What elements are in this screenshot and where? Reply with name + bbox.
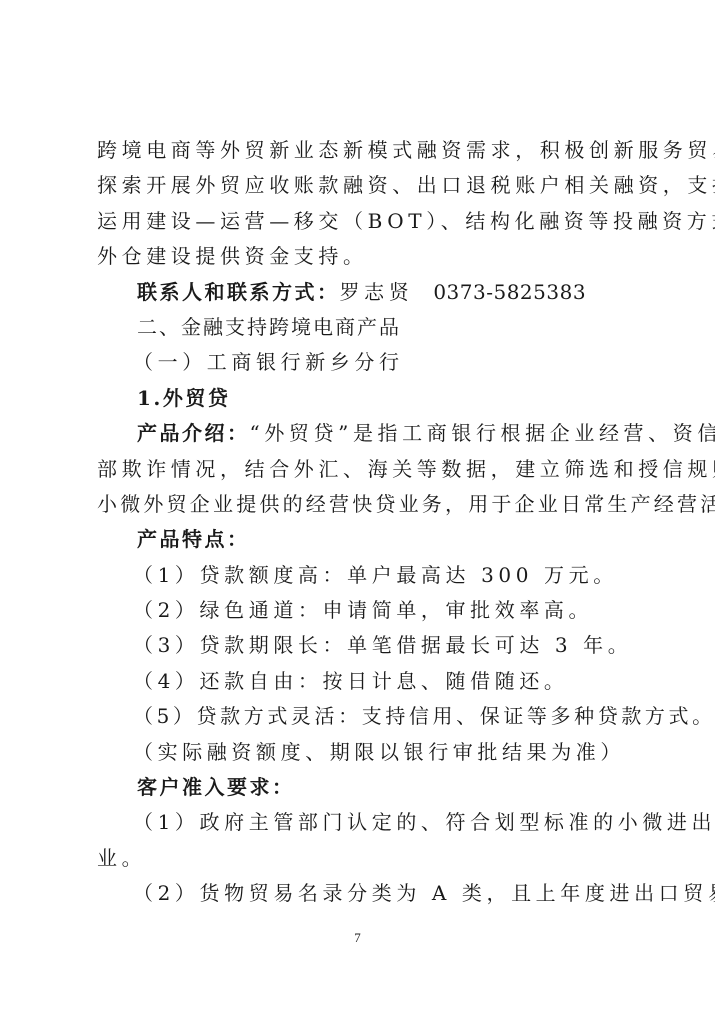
feature-item: （3）贷款期限长：单笔借据最长可达 3 年。: [97, 628, 625, 663]
product-intro-text: “外贸贷”是指工商银行根据企业经营、资信、外: [250, 421, 715, 445]
product-title: 1.外贸贷: [97, 381, 625, 416]
contact-name: 罗志贤: [340, 280, 414, 304]
requirements-label: 客户准入要求：: [97, 770, 625, 805]
feature-item: （1）贷款额度高：单户最高达 300 万元。: [97, 558, 625, 593]
document-page: 跨境电商等外贸新业态新模式融资需求，积极创新服务贸易融资， 探索开展外贸应收账款…: [97, 133, 625, 912]
page-number: 7: [0, 930, 715, 946]
features-note: （实际融资额度、期限以银行审批结果为准）: [97, 735, 625, 770]
product-intro-line: 产品介绍：“外贸贷”是指工商银行根据企业经营、资信、外: [97, 416, 625, 451]
contact-label: 联系人和联系方式：: [137, 280, 340, 304]
paragraph-line: 小微外贸企业提供的经营快贷业务，用于企业日常生产经营活动。: [97, 487, 625, 522]
features-label: 产品特点：: [97, 522, 625, 557]
paragraph-line: 部欺诈情况，结合外汇、海关等数据，建立筛选和授信规则，为: [97, 452, 625, 487]
feature-item: （2）绿色通道：申请简单，审批效率高。: [97, 593, 625, 628]
requirement-item: （2）货物贸易名录分类为 A 类，且上年度进出口贸易总额: [97, 876, 625, 911]
paragraph-line: 跨境电商等外贸新业态新模式融资需求，积极创新服务贸易融资，: [97, 133, 625, 168]
feature-item: （5）贷款方式灵活：支持信用、保证等多种贷款方式。: [97, 699, 625, 734]
paragraph-line: 外仓建设提供资金支持。: [97, 239, 625, 274]
section-title: 二、金融支持跨境电商产品: [97, 310, 625, 345]
paragraph-line: 探索开展外贸应收账款融资、出口退税账户相关融资，支持综合: [97, 168, 625, 203]
contact-phone: 0373-5825383: [433, 280, 586, 304]
requirement-item: （1）政府主管部门认定的、符合划型标准的小微进出口企: [97, 805, 625, 840]
feature-item: （4）还款自由：按日计息、随借随还。: [97, 664, 625, 699]
subsection-title: （一）工商银行新乡分行: [97, 345, 625, 380]
contact-line: 联系人和联系方式：罗志贤0373-5825383: [97, 275, 625, 310]
requirement-item-continued: 业。: [97, 841, 625, 876]
product-intro-label: 产品介绍：: [137, 421, 250, 445]
paragraph-line: 运用建设—运营—移交（BOT）、结构化融资等投融资方式为海: [97, 204, 625, 239]
